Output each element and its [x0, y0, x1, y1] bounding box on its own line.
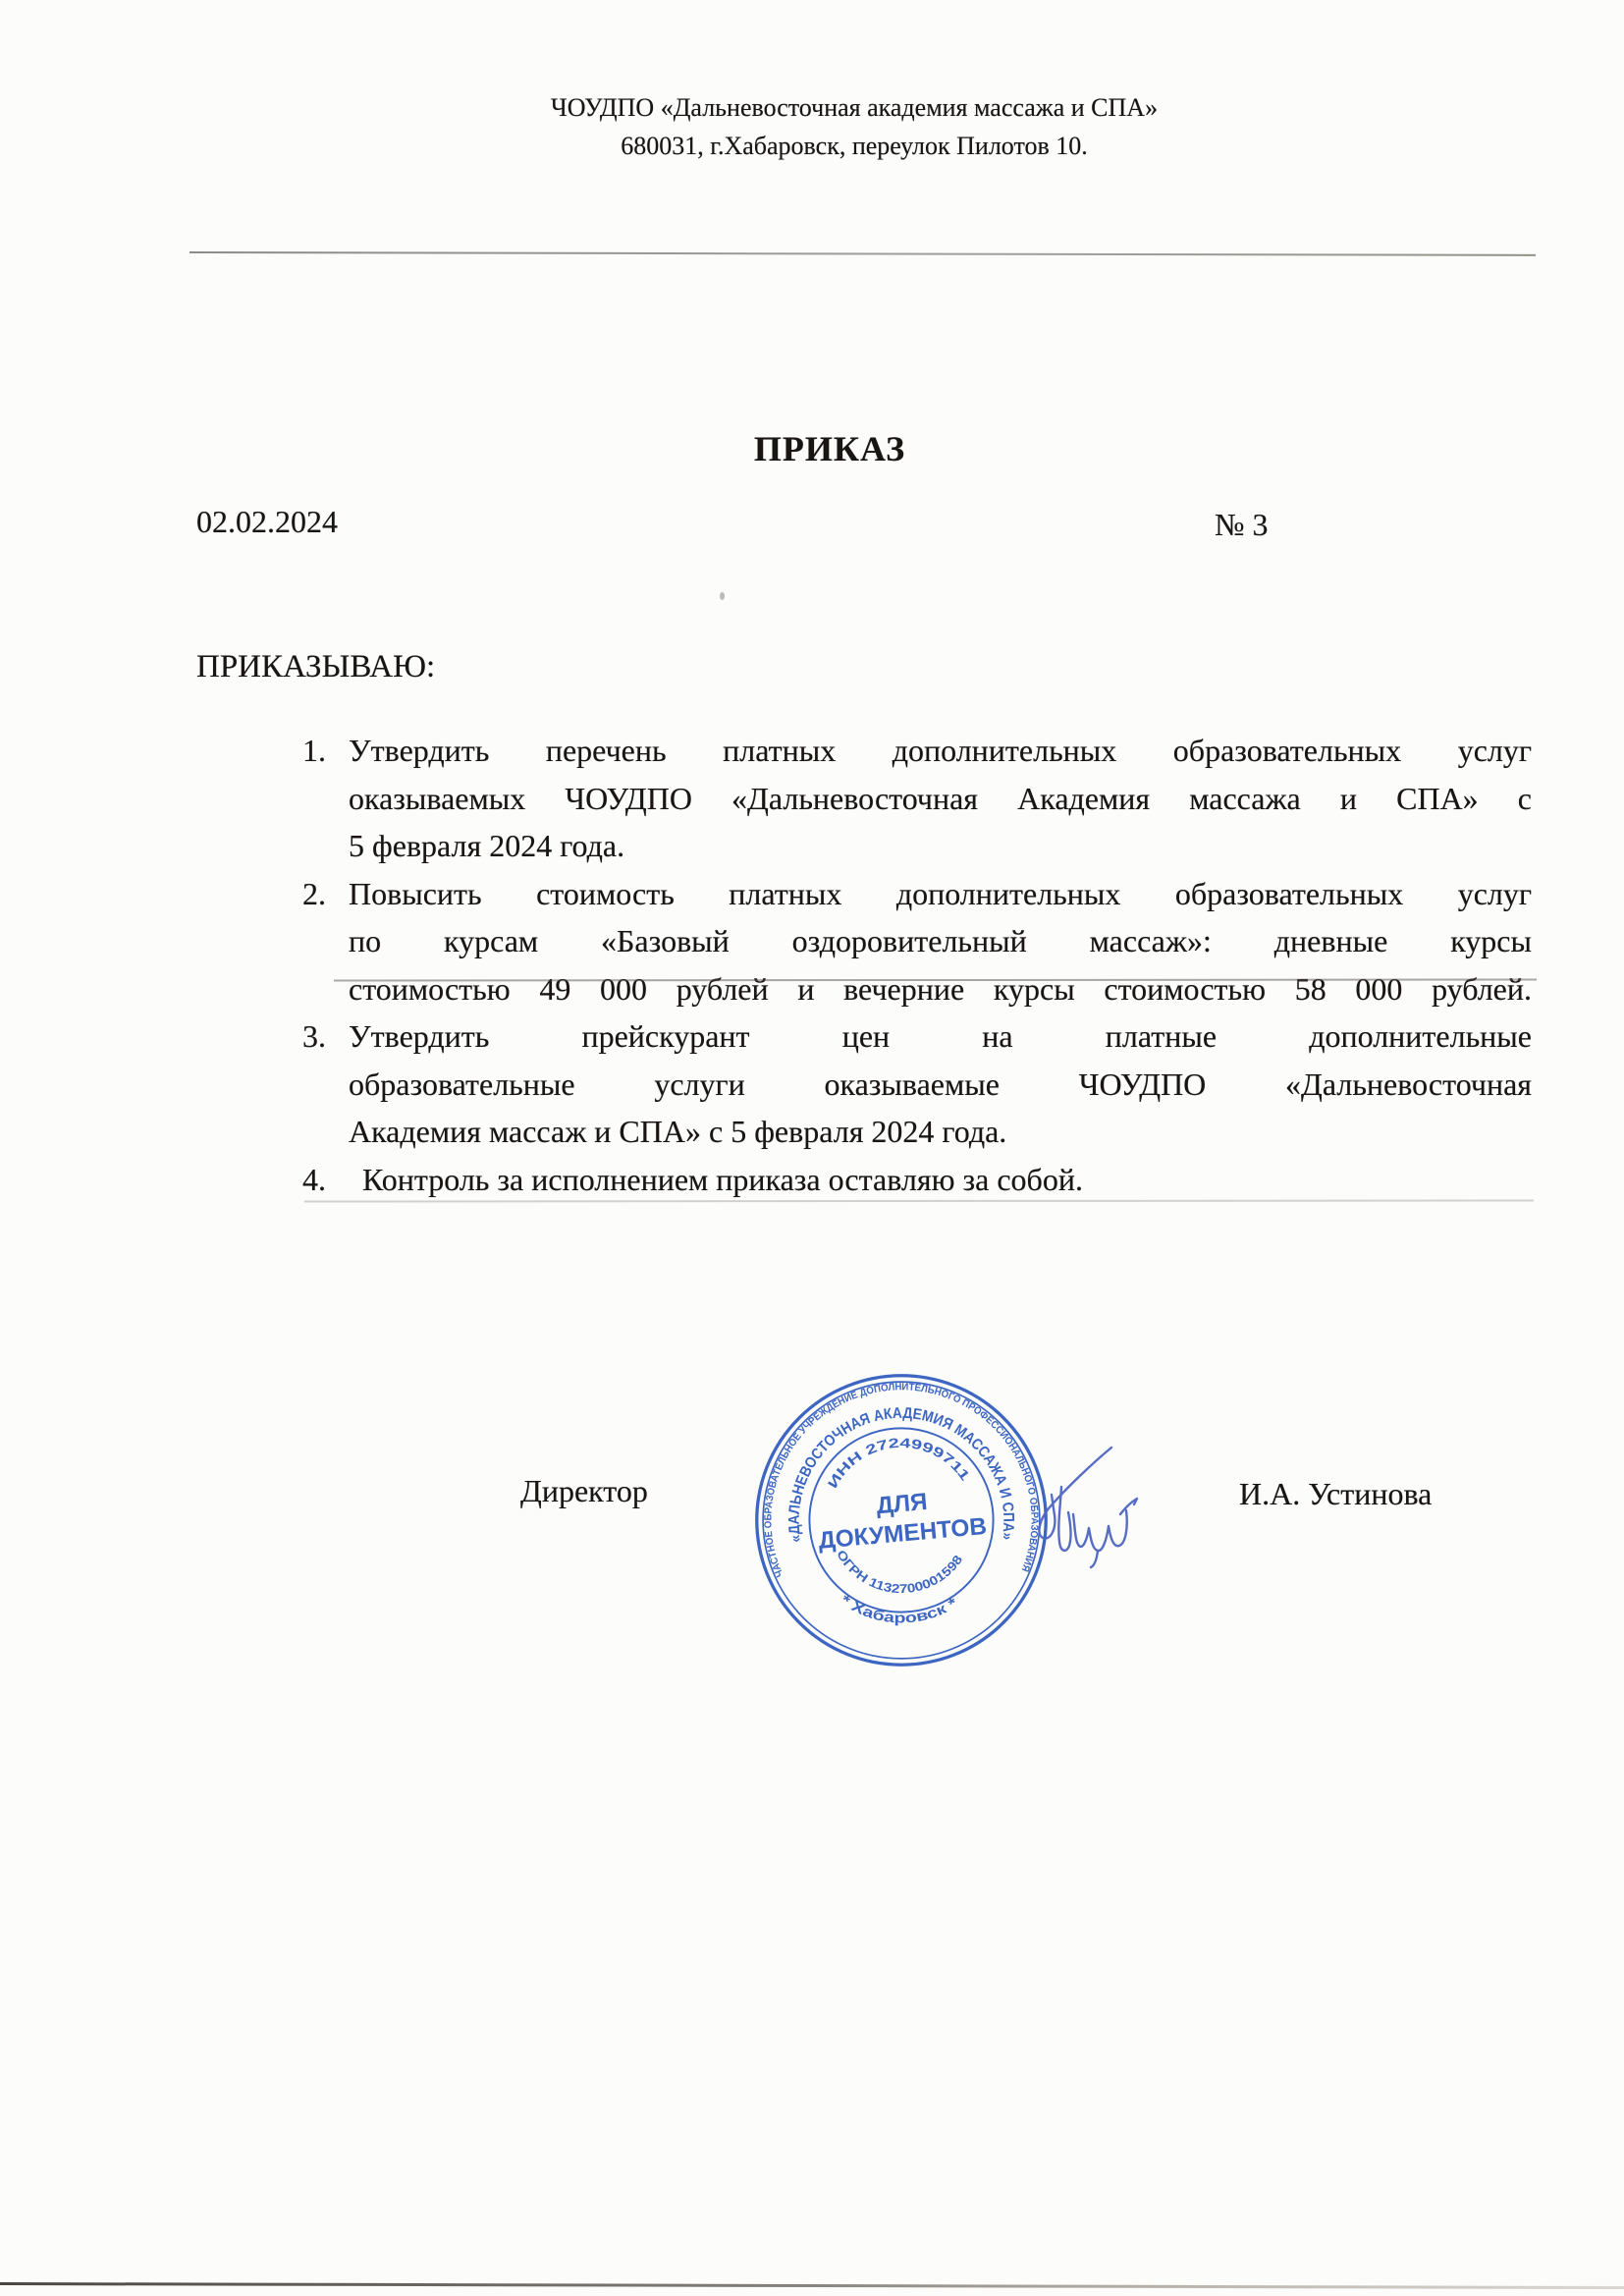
item-line: Повысить стоимость платных дополнительны…	[349, 870, 1532, 918]
document-date: 02.02.2024	[196, 504, 338, 540]
document-number: № 3	[1215, 507, 1269, 543]
svg-text:ОГРН 1132700001598: ОГРН 1132700001598	[834, 1548, 965, 1596]
order-item-2: 2. Повысить стоимость платных дополнител…	[349, 870, 1532, 1013]
letterhead-org-name: ЧОУДПО «Дальневосточная академия массажа…	[69, 88, 1624, 127]
letterhead-address: 680031, г.Хабаровск, переулок Пилотов 10…	[69, 127, 1624, 165]
stamp-center-line1: ДЛЯ	[875, 1489, 928, 1519]
item-line: Утвердить прейскурант цен на платные доп…	[349, 1012, 1532, 1061]
director-label: Директор	[520, 1473, 648, 1509]
stamp-center-text: ДЛЯ ДОКУМЕНТОВ	[815, 1484, 988, 1555]
stamp-ogrn-text: ОГРН 1132700001598	[834, 1548, 965, 1596]
stamp-center-line2: ДОКУМЕНТОВ	[817, 1513, 988, 1555]
scan-edge-line	[0, 2282, 1624, 2289]
item-line: Контроль за исполнением приказа оставляю…	[349, 1156, 1532, 1204]
order-list: 1. Утвердить перечень платных дополнител…	[349, 727, 1532, 1203]
item-number: 2.	[302, 870, 326, 918]
item-number: 4.	[302, 1156, 326, 1204]
signature-scribble	[1016, 1412, 1164, 1569]
stamp-city-text: * Хабаровск *	[838, 1593, 961, 1627]
scanned-order-document: ЧОУДПО «Дальневосточная академия массажа…	[0, 0, 1624, 2296]
order-item-4: 4. Контроль за исполнением приказа остав…	[349, 1156, 1532, 1204]
signer-name: И.А. Устинова	[1239, 1476, 1432, 1512]
item-line: образовательные услуги оказываемые ЧОУДП…	[349, 1061, 1532, 1109]
order-item-3: 3. Утвердить прейскурант цен на платные …	[349, 1012, 1532, 1156]
item-number: 1.	[302, 727, 326, 775]
item-line: стоимостью 49 000 рублей и вечерние курс…	[349, 965, 1532, 1013]
item-line: Академия массаж и СПА» с 5 февраля 2024 …	[349, 1108, 1532, 1156]
svg-text:* Хабаровск *: * Хабаровск *	[838, 1593, 961, 1627]
item-line: оказываемых ЧОУДПО «Дальневосточная Акад…	[349, 775, 1532, 823]
item-line: по курсам «Базовый оздоровительный масса…	[349, 917, 1532, 965]
letterhead: ЧОУДПО «Дальневосточная академия массажа…	[69, 88, 1624, 165]
item-line: Утвердить перечень платных дополнительны…	[349, 727, 1532, 775]
order-item-1: 1. Утвердить перечень платных дополнител…	[349, 727, 1532, 870]
item-line: 5 февраля 2024 года.	[349, 822, 1532, 870]
scan-speck	[720, 592, 725, 600]
document-title: ПРИКАЗ	[0, 428, 1624, 469]
official-seal-stamp: ЧАСТНОЕ ОБРАЗОВАТЕЛЬНОЕ УЧРЕЖДЕНИЕ ДОПОЛ…	[748, 1367, 1055, 1673]
stamp-texts: ЧАСТНОЕ ОБРАЗОВАТЕЛЬНОЕ УЧРЕЖДЕНИЕ ДОПОЛ…	[763, 1382, 1039, 1626]
item-number: 3.	[302, 1012, 326, 1061]
letterhead-divider-line	[189, 251, 1536, 256]
order-heading: ПРИКАЗЫВАЮ:	[196, 649, 435, 685]
